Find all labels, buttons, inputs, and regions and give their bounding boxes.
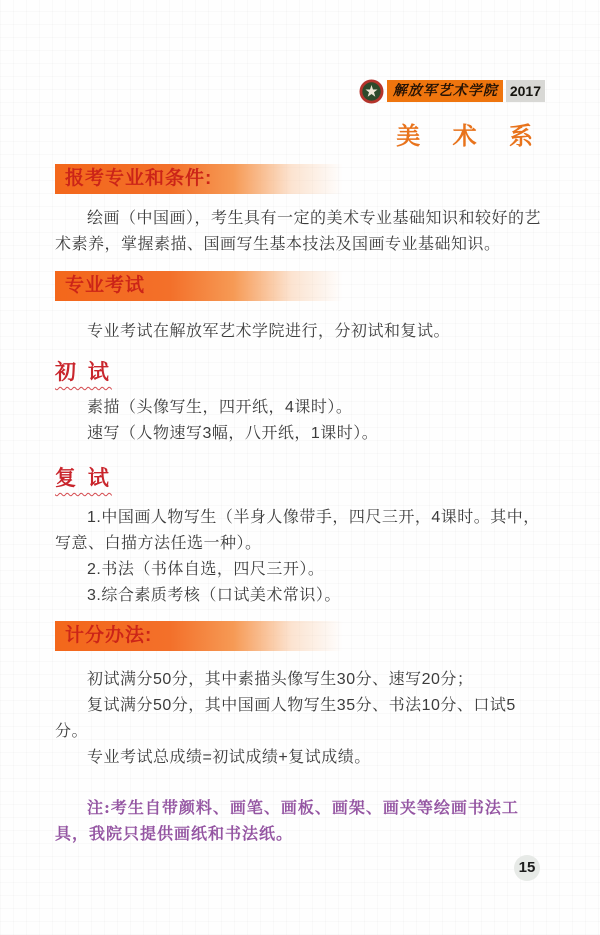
second-round-item: 3.综合素质考核（口试美术常识）。	[55, 583, 545, 609]
apply-paragraph: 绘画（中国画），考生具有一定的美术专业基础知识和较好的艺术素养，掌握素描、国画写…	[55, 206, 545, 258]
heading-second-round: 复 试	[55, 465, 112, 493]
academy-year-label: 2017	[506, 80, 545, 102]
academy-logo: 解放军艺术学院 2017	[55, 0, 545, 104]
section-heading-scoring: 计分办法:	[55, 621, 343, 651]
heading-first-round: 初 试	[55, 359, 112, 387]
brochure-page: 解放军艺术学院 2017 美 术 系 报考专业和条件: 绘画（中国画），考生具有…	[0, 0, 600, 935]
exam-paragraph: 专业考试在解放军艺术学院进行，分初试和复试。	[55, 319, 545, 345]
first-round-item: 速写（人物速写3幅，八开纸，1课时）。	[55, 421, 545, 447]
academy-emblem-icon	[359, 79, 384, 104]
second-round-item: 1.中国画人物写生（半身人像带手，四尺三开，4课时。其中，写意、白描方法任选一种…	[55, 505, 545, 557]
department-title: 美 术 系	[55, 120, 545, 152]
page-number-badge: 15	[514, 855, 540, 881]
first-round-list: 素描（头像写生，四开纸，4课时）。 速写（人物速写3幅，八开纸，1课时）。	[55, 395, 545, 447]
materials-note: 注:考生自带颜料、画笔、画板、画架、画夹等绘画书法工具，我院只提供画纸和书法纸。	[55, 795, 545, 847]
second-round-item: 2.书法（书体自选，四尺三开）。	[55, 557, 545, 583]
section-heading-apply: 报考专业和条件:	[55, 164, 343, 194]
scoring-item: 复试满分50分，其中国画人物写生35分、书法10分、口试5分。	[55, 693, 545, 745]
scoring-item: 初试满分50分，其中素描头像写生30分、速写20分；	[55, 667, 545, 693]
second-round-list: 1.中国画人物写生（半身人像带手，四尺三开，4课时。其中，写意、白描方法任选一种…	[55, 505, 545, 609]
scoring-item: 专业考试总成绩=初试成绩+复试成绩。	[55, 745, 545, 771]
first-round-item: 素描（头像写生，四开纸，4课时）。	[55, 395, 545, 421]
scoring-list: 初试满分50分，其中素描头像写生30分、速写20分； 复试满分50分，其中国画人…	[55, 667, 545, 771]
section-heading-exam: 专业考试	[55, 271, 343, 301]
academy-name-label: 解放军艺术学院	[387, 80, 503, 102]
